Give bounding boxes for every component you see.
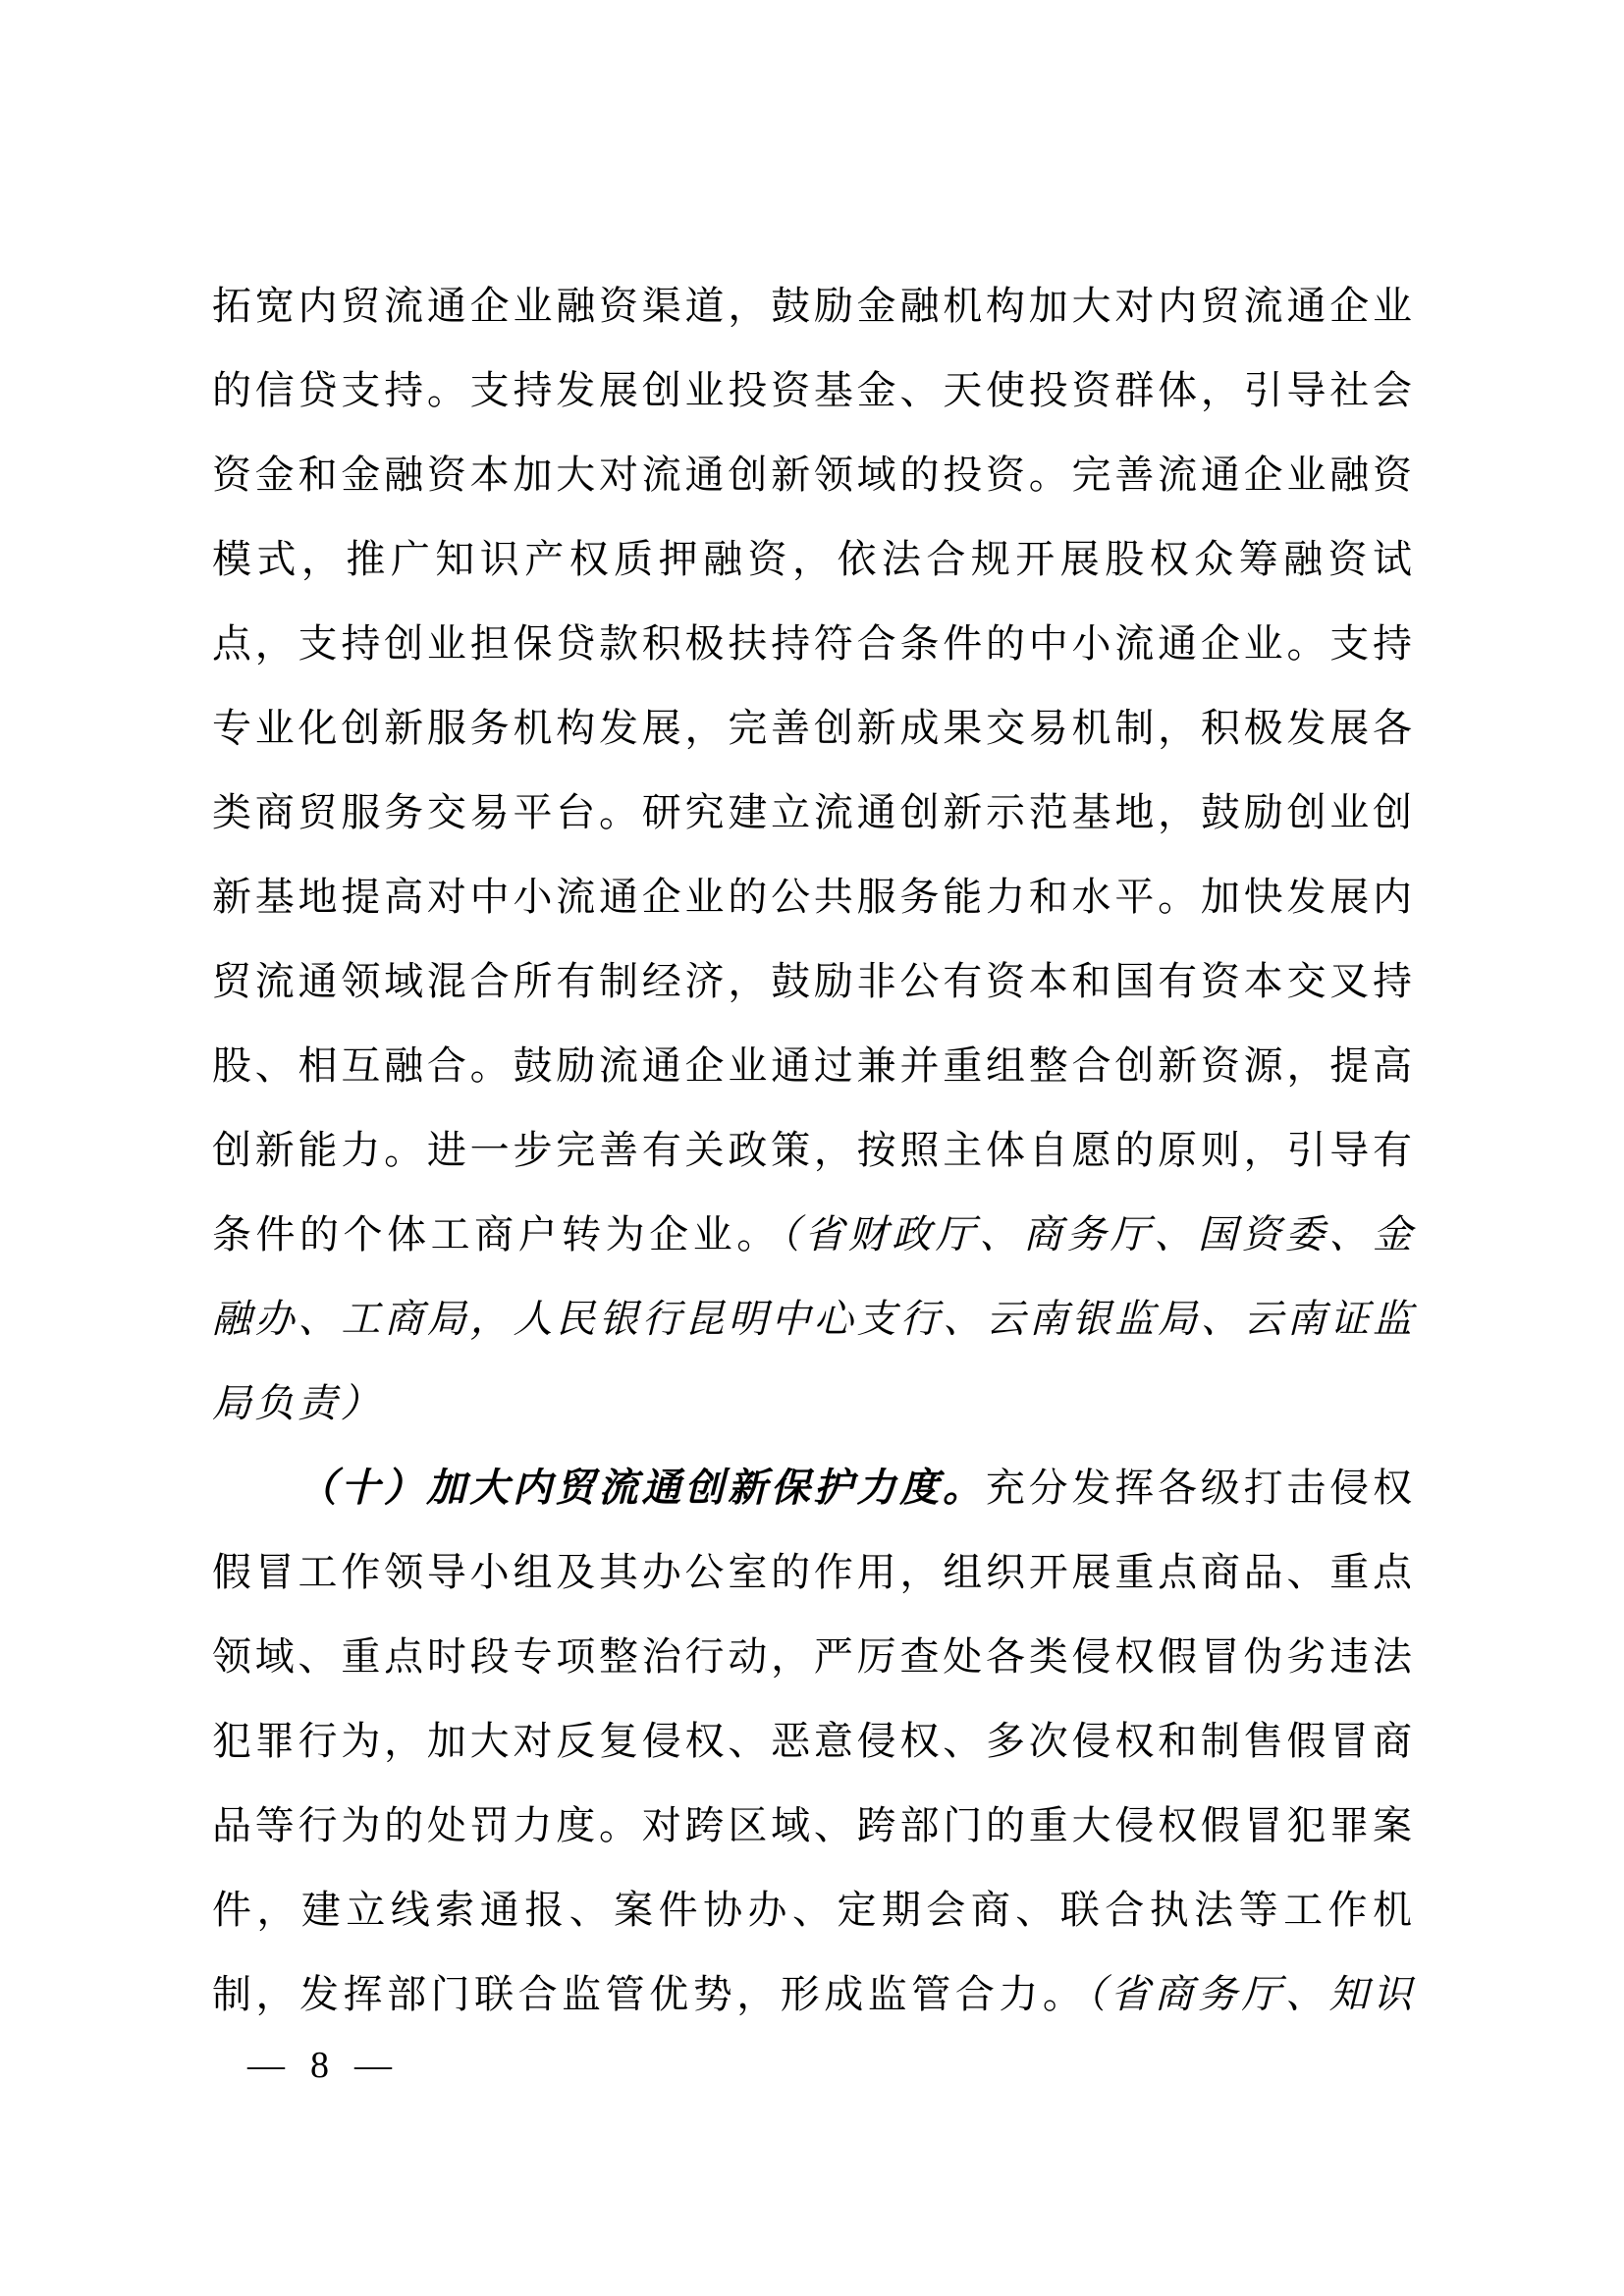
text-segment-body: 件，建立线索通报、案件协办、定期会商、联合执法等工作机 (212, 1888, 1412, 1932)
text-line: 条件的个体工商户转为企业。（省财政厅、商务厅、国资委、金 (212, 1193, 1412, 1277)
text-segment-body: 品等行为的处罚力度。对跨区域、跨部门的重大侵权假冒犯罪案 (212, 1803, 1412, 1847)
text-line: 创新能力。进一步完善有关政策，按照主体自愿的原则，引导有 (212, 1108, 1412, 1193)
text-line: 拓宽内贸流通企业融资渠道，鼓励金融机构加大对内贸流通企业 (212, 264, 1412, 348)
text-segment-body: 专业化创新服务机构发展，完善创新成果交易机制，积极发展各 (212, 706, 1412, 750)
text-line: 股、相互融合。鼓励流通企业通过兼并重组整合创新资源，提高 (212, 1024, 1412, 1108)
text-segment-body: 拓宽内贸流通企业融资渠道，鼓励金融机构加大对内贸流通企业 (212, 284, 1412, 328)
text-segment-body: 的信贷支持。支持发展创业投资基金、天使投资群体，引导社会 (212, 368, 1412, 412)
text-segment-body: 条件的个体工商户转为企业。 (212, 1212, 781, 1256)
text-line: 专业化创新服务机构发展，完善创新成果交易机制，积极发展各 (212, 686, 1412, 771)
text-segment-body: 充分发挥各级打击侵权 (986, 1466, 1412, 1510)
text-line: 假冒工作领导小组及其办公室的作用，组织开展重点商品、重点 (212, 1530, 1412, 1615)
text-line: 点，支持创业担保贷款积极扶持符合条件的中小流通企业。支持 (212, 602, 1412, 686)
text-line: 贸流通领域混合所有制经济，鼓励非公有资本和国有资本交叉持 (212, 939, 1412, 1024)
text-line: 融办、工商局，人民银行昆明中心支行、云南银监局、云南证监 (212, 1277, 1412, 1362)
footer-dash-right: — (354, 2044, 392, 2087)
text-line: 局负责） (212, 1362, 1412, 1446)
text-line: 品等行为的处罚力度。对跨区域、跨部门的重大侵权假冒犯罪案 (212, 1784, 1412, 1868)
text-line: 模式，推广知识产权质押融资，依法合规开展股权众筹融资试 (212, 517, 1412, 602)
text-line: 领域、重点时段专项整治行动，严厉查处各类侵权假冒伪劣违法 (212, 1615, 1412, 1699)
document-page: 拓宽内贸流通企业融资渠道，鼓励金融机构加大对内贸流通企业的信贷支持。支持发展创业… (0, 0, 1624, 2296)
text-segment-body: 领域、重点时段专项整治行动，严厉查处各类侵权假冒伪劣违法 (212, 1634, 1412, 1679)
text-segment-kai: （省财政厅、商务厅、国资委、金 (781, 1212, 1412, 1256)
page-footer: — 8 — (247, 2044, 392, 2087)
page-number: 8 (310, 2044, 329, 2087)
text-segment-body: 股、相互融合。鼓励流通企业通过兼并重组整合创新资源，提高 (212, 1043, 1412, 1088)
text-segment-heading: （十）加大内贸流通创新保护力度。 (298, 1466, 986, 1510)
text-line: 件，建立线索通报、案件协办、定期会商、联合执法等工作机 (212, 1868, 1412, 1952)
footer-dash-left: — (247, 2044, 285, 2087)
text-line: 新基地提高对中小流通企业的公共服务能力和水平。加快发展内 (212, 855, 1412, 939)
text-block: 拓宽内贸流通企业融资渠道，鼓励金融机构加大对内贸流通企业的信贷支持。支持发展创业… (212, 264, 1412, 2037)
text-segment-body: 新基地提高对中小流通企业的公共服务能力和水平。加快发展内 (212, 875, 1412, 919)
text-segment-body: 资金和金融资本加大对流通创新领域的投资。完善流通企业融资 (212, 453, 1412, 497)
text-segment-kai: 局负责） (212, 1381, 383, 1425)
text-segment-body: 犯罪行为，加大对反复侵权、恶意侵权、多次侵权和制售假冒商 (212, 1719, 1412, 1763)
text-segment-kai: 融办、工商局，人民银行昆明中心支行、云南银监局、云南证监 (212, 1297, 1412, 1341)
text-line: 犯罪行为，加大对反复侵权、恶意侵权、多次侵权和制售假冒商 (212, 1699, 1412, 1784)
text-segment-body: 假冒工作领导小组及其办公室的作用，组织开展重点商品、重点 (212, 1550, 1412, 1594)
text-line: 制，发挥部门联合监管优势，形成监管合力。（省商务厅、知识 (212, 1952, 1412, 2037)
text-line: 类商贸服务交易平台。研究建立流通创新示范基地，鼓励创业创 (212, 771, 1412, 855)
text-line: （十）加大内贸流通创新保护力度。充分发挥各级打击侵权 (212, 1446, 1412, 1530)
text-segment-body: 类商贸服务交易平台。研究建立流通创新示范基地，鼓励创业创 (212, 790, 1412, 834)
text-segment-body: 模式，推广知识产权质押融资，依法合规开展股权众筹融资试 (212, 537, 1412, 581)
text-segment-body: 贸流通领域混合所有制经济，鼓励非公有资本和国有资本交叉持 (212, 959, 1412, 1003)
text-segment-body: 点，支持创业担保贷款积极扶持符合条件的中小流通企业。支持 (212, 621, 1412, 666)
text-segment-kai: （省商务厅、知识 (1086, 1972, 1412, 2016)
text-segment-body: 制，发挥部门联合监管优势，形成监管合力。 (212, 1972, 1086, 2016)
text-line: 资金和金融资本加大对流通创新领域的投资。完善流通企业融资 (212, 433, 1412, 517)
text-line: 的信贷支持。支持发展创业投资基金、天使投资群体，引导社会 (212, 348, 1412, 433)
text-segment-body: 创新能力。进一步完善有关政策，按照主体自愿的原则，引导有 (212, 1128, 1412, 1172)
